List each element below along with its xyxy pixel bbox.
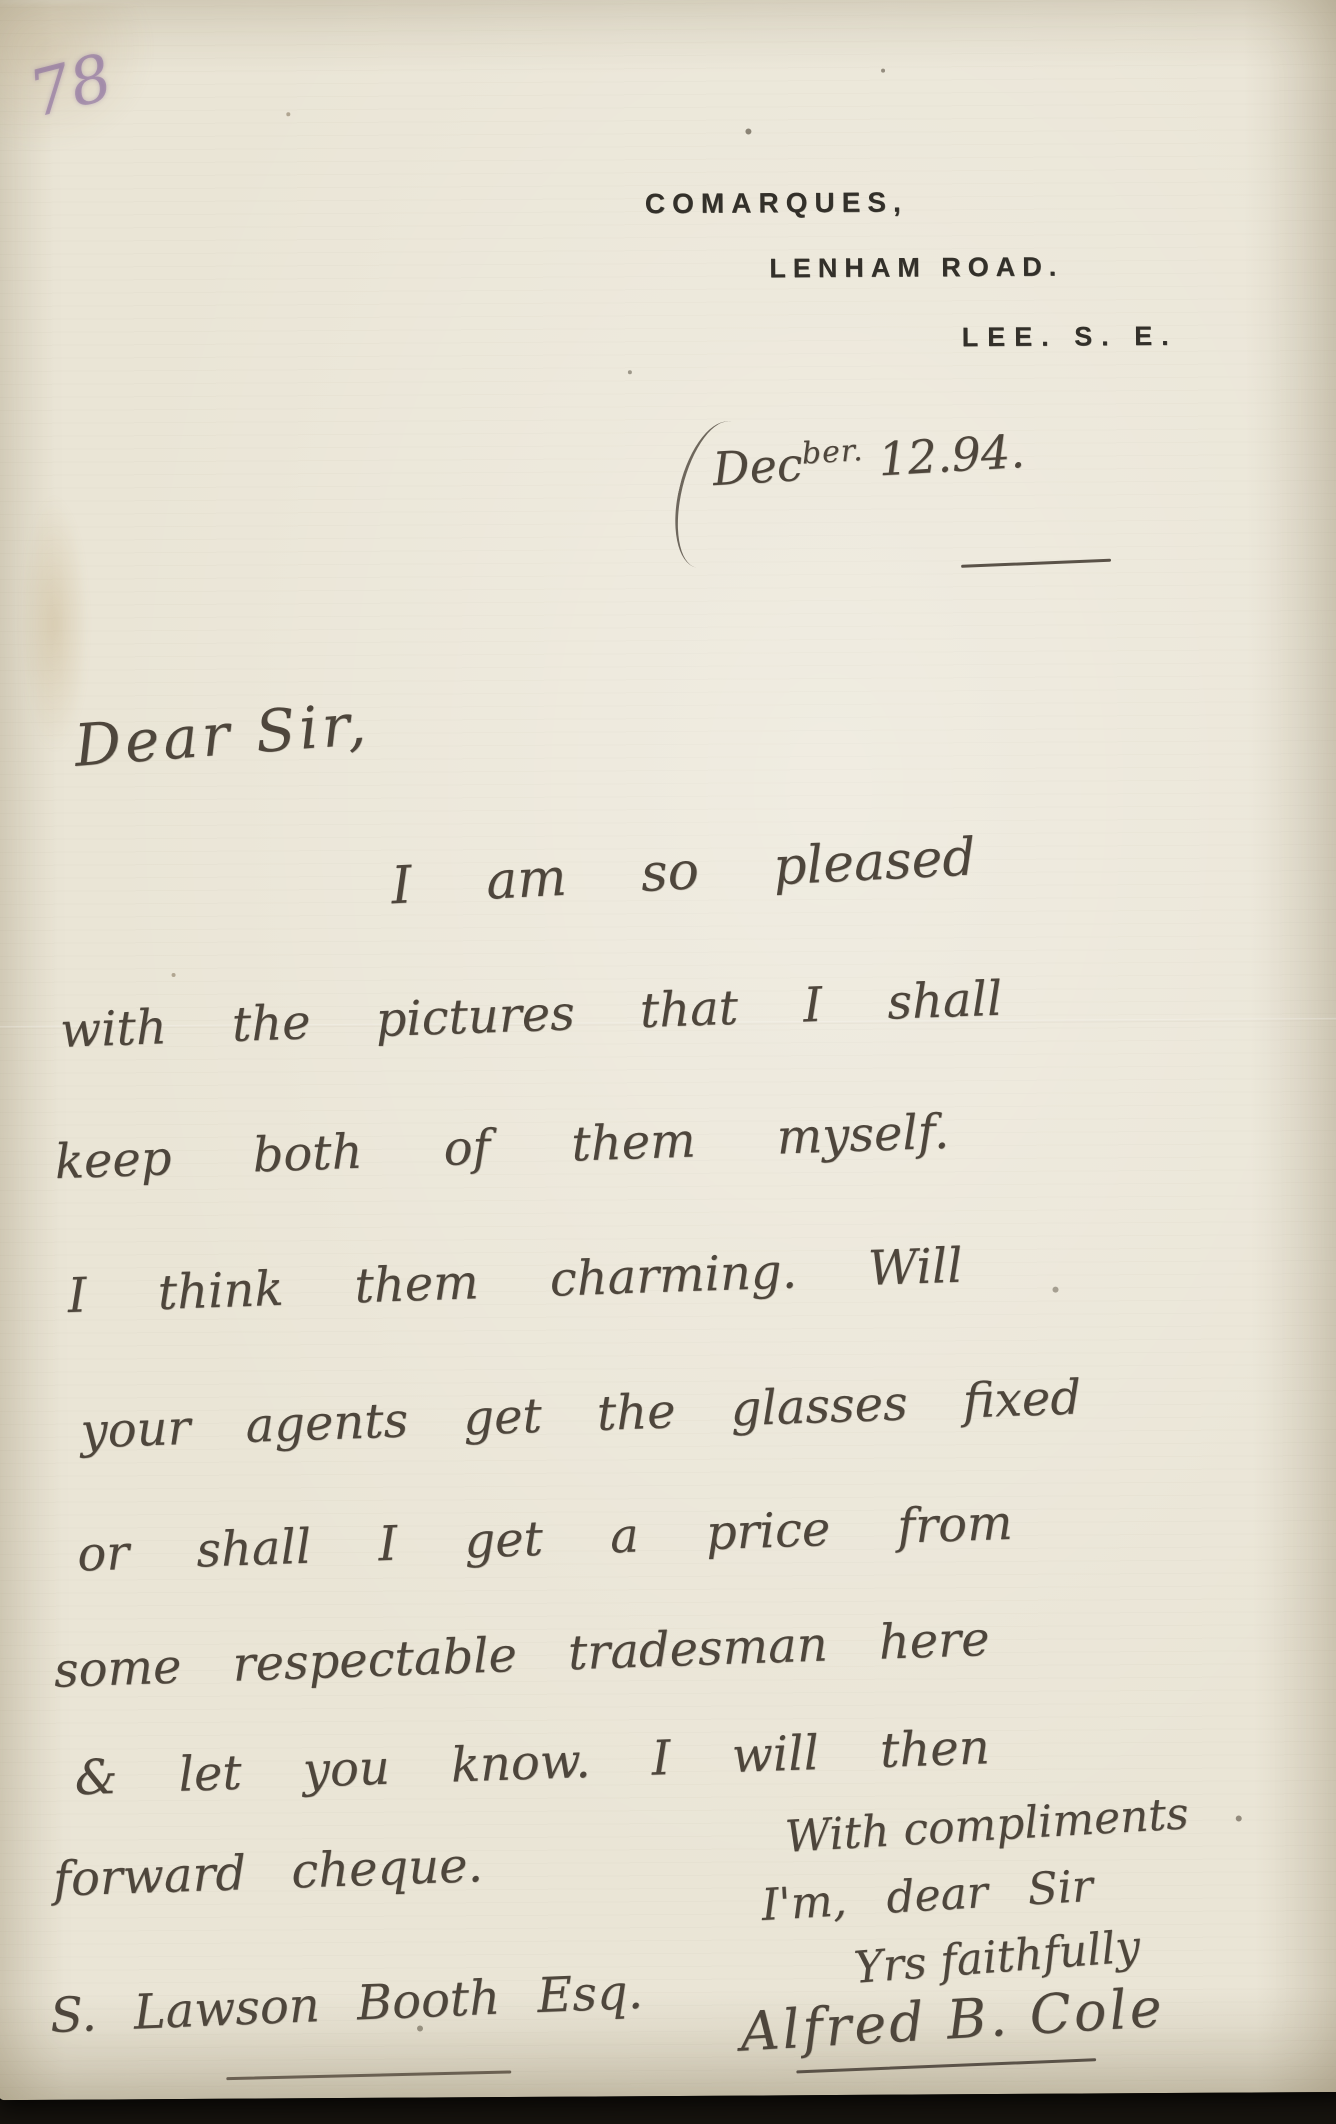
date-superscript: ber. [801,433,864,472]
body-line-4: I think them charming. Will [67,1238,964,1324]
letter-paper: 78 COMARQUES, LENHAM ROAD. LEE. S. E. De… [0,0,1336,2100]
salutation: Dear Sir, [72,690,372,780]
body-line-6: or shall I get a price from [76,1495,1013,1583]
signature-underline [796,2058,1096,2073]
body-line-3: keep both of them myself. [54,1104,950,1190]
body-line-1: I am so pleased [390,827,977,916]
recipient-name: S. Lawson Booth Esq. [49,1964,644,2044]
closing-valediction-line1: I'm, dear Sir [760,1861,1094,1931]
body-line-5: your agents get the glasses fixed [80,1370,1082,1460]
letterhead-street: LENHAM ROAD. [769,252,1063,285]
scanned-letter: 78 COMARQUES, LENHAM ROAD. LEE. S. E. De… [0,0,1336,2124]
signature: Alfred B. Cole [738,1976,1166,2064]
body-line-7: some respectable tradesman here [53,1611,990,1699]
letterhead-district: LEE. S. E. [962,321,1178,353]
date-day-year: 12.94. [877,424,1026,486]
body-line-9: forward cheque. [52,1837,483,1908]
recipient-underline [226,2070,511,2080]
body-line-2: with the pictures that I shall [59,971,1003,1059]
date-underline [961,559,1111,568]
body-line-8: & let you know. I will then [74,1719,991,1806]
letterhead-house-name: COMARQUES, [645,187,908,221]
date-month: Dec [711,437,804,496]
closing-compliments: With compliments [784,1788,1190,1863]
